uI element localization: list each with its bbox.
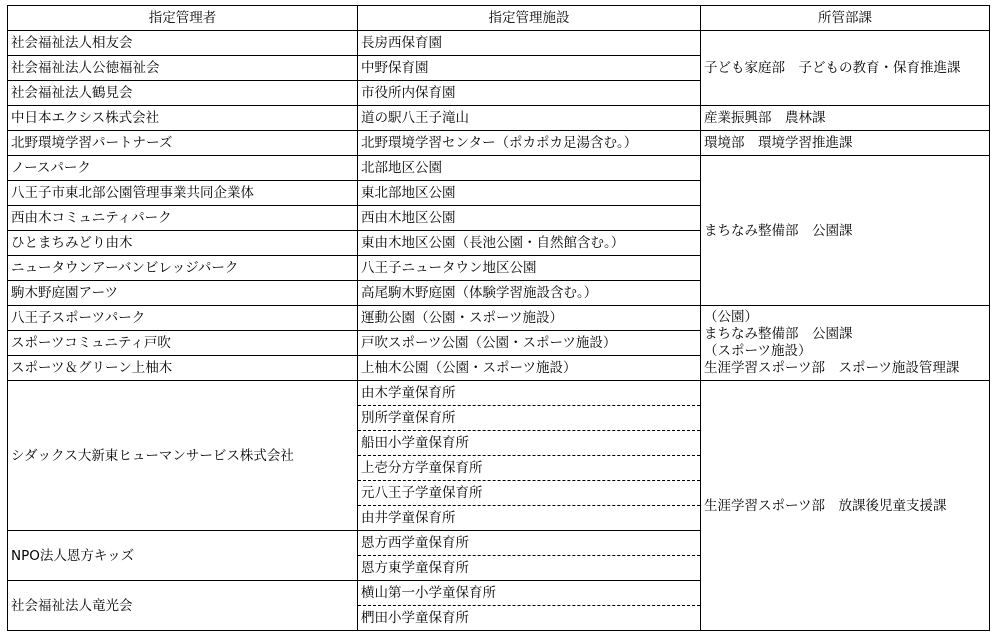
manager-cell: ノースパーク [8, 156, 358, 181]
facility-cell: 横山第一小学童保育所 [358, 581, 701, 606]
department-line: まちなみ整備部 公園課 [704, 326, 989, 343]
manager-cell: スポーツ＆グリーン上柚木 [8, 356, 358, 381]
department-line: （スポーツ施設） [704, 343, 989, 360]
table-row: シダックス大新東ヒューマンサービス株式会社 由木学童保育所 生涯学習スポーツ部 … [8, 381, 990, 406]
header-facility: 指定管理施設 [358, 6, 701, 31]
department-cell: 環境部 環境学習推進課 [701, 131, 990, 156]
facility-cell: 由木学童保育所 [358, 381, 701, 406]
department-cell: まちなみ整備部 公園課 [701, 156, 990, 306]
facility-cell: 別所学童保育所 [358, 406, 701, 431]
manager-cell: 社会福祉法人相友会 [8, 31, 358, 56]
department-cell-sports: （公園） まちなみ整備部 公園課 （スポーツ施設） 生涯学習スポーツ部 スポーツ… [701, 306, 990, 381]
facility-cell: 上柚木公園（公園・スポーツ施設） [358, 356, 701, 381]
manager-cell: 中日本エクシス株式会社 [8, 106, 358, 131]
facility-cell: 東北部地区公園 [358, 181, 701, 206]
facility-cell: 元八王子学童保育所 [358, 481, 701, 506]
table-row: ノースパーク 北部地区公園 まちなみ整備部 公園課 [8, 156, 990, 181]
facility-cell: 市役所内保育園 [358, 81, 701, 106]
facility-cell: 恩方東学童保育所 [358, 556, 701, 581]
header-manager: 指定管理者 [8, 6, 358, 31]
manager-cell: スポーツコミュニティ戸吹 [8, 331, 358, 356]
facility-cell: 運動公園（公園・スポーツ施設） [358, 306, 701, 331]
manager-cell: 駒木野庭園アーツ [8, 281, 358, 306]
facility-cell: 椚田小学童保育所 [358, 606, 701, 631]
designated-manager-table: 指定管理者 指定管理施設 所管部課 社会福祉法人相友会 長房西保育園 子ども家庭… [7, 5, 990, 631]
facility-cell: 戸吹スポーツ公園（公園・スポーツ施設） [358, 331, 701, 356]
table-row: 中日本エクシス株式会社 道の駅八王子滝山 産業振興部 農林課 [8, 106, 990, 131]
facility-cell: 北部地区公園 [358, 156, 701, 181]
facility-cell: 中野保育園 [358, 56, 701, 81]
manager-cell: ひとまちみどり由木 [8, 231, 358, 256]
facility-cell: 道の駅八王子滝山 [358, 106, 701, 131]
facility-cell: 北野環境学習センター（ポカポカ足湯含む。） [358, 131, 701, 156]
manager-cell: 社会福祉法人公徳福祉会 [8, 56, 358, 81]
manager-cell: ニュータウンアーバンビレッジパーク [8, 256, 358, 281]
department-line: （公園） [704, 309, 989, 326]
manager-cell: 八王子スポーツパーク [8, 306, 358, 331]
facility-cell: 八王子ニュータウン地区公園 [358, 256, 701, 281]
facility-cell: 長房西保育園 [358, 31, 701, 56]
table-row: 北野環境学習パートナーズ 北野環境学習センター（ポカポカ足湯含む。） 環境部 環… [8, 131, 990, 156]
table-row: 八王子スポーツパーク 運動公園（公園・スポーツ施設） （公園） まちなみ整備部 … [8, 306, 990, 331]
manager-cell: 北野環境学習パートナーズ [8, 131, 358, 156]
manager-cell: 社会福祉法人竜光会 [8, 581, 358, 631]
manager-cell: 西由木コミュニティパーク [8, 206, 358, 231]
department-cell: 子ども家庭部 子どもの教育・保育推進課 [701, 31, 990, 106]
header-department: 所管部課 [701, 6, 990, 31]
manager-cell: 社会福祉法人鶴見会 [8, 81, 358, 106]
manager-cell: シダックス大新東ヒューマンサービス株式会社 [8, 381, 358, 531]
header-row: 指定管理者 指定管理施設 所管部課 [8, 6, 990, 31]
manager-cell: 八王子市東北部公園管理事業共同企業体 [8, 181, 358, 206]
department-line: 生涯学習スポーツ部 スポーツ施設管理課 [704, 360, 989, 377]
facility-cell: 恩方西学童保育所 [358, 531, 701, 556]
facility-cell: 東由木地区公園（長池公園・自然館含む。） [358, 231, 701, 256]
manager-cell: NPO法人恩方キッズ [8, 531, 358, 581]
facility-cell: 高尾駒木野庭園（体験学習施設含む。） [358, 281, 701, 306]
facility-cell: 由井学童保育所 [358, 506, 701, 531]
facility-cell: 西由木地区公園 [358, 206, 701, 231]
department-cell: 生涯学習スポーツ部 放課後児童支援課 [701, 381, 990, 631]
facility-cell: 上壱分方学童保育所 [358, 456, 701, 481]
department-cell: 産業振興部 農林課 [701, 106, 990, 131]
facility-cell: 船田小学童保育所 [358, 431, 701, 456]
table-row: 社会福祉法人相友会 長房西保育園 子ども家庭部 子どもの教育・保育推進課 [8, 31, 990, 56]
